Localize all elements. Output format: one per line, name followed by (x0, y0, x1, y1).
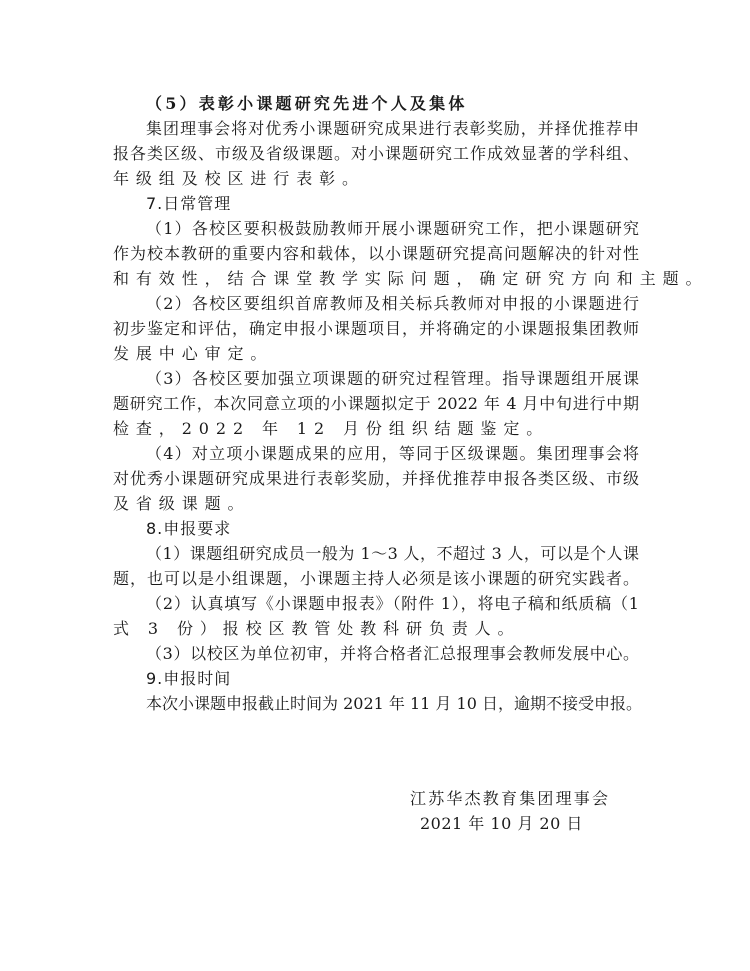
section-heading-daily-management: 7.日常管理 (113, 191, 639, 216)
section-heading-application-time: 9.申报时间 (113, 666, 639, 691)
signature-date: 2021 年 10 月 20 日 (410, 811, 610, 836)
paragraph-line: 题，也可以是小组课题，小课题主持人必须是该小课题的研究实践者。 (113, 566, 639, 591)
paragraph-line: 题研究工作，本次同意立项的小课题拟定于 2022 年 4 月中旬进行中期 (113, 391, 639, 416)
subheading-commendation: （5）表彰小课题研究先进个人及集体 (113, 91, 639, 116)
paragraph-line: 检查，2022 年 12 月份组织结题鉴定。 (113, 416, 639, 441)
paragraph-line: 和有效性，结合课堂教学实际问题，确定研究方向和主题。 (113, 266, 639, 291)
paragraph-line: 作为校本教研的重要内容和载体，以小课题研究提高问题解决的针对性 (113, 241, 639, 266)
paragraph-line: （3）以校区为单位初审，并将合格者汇总报理事会教师发展中心。 (113, 641, 639, 666)
paragraph-line: 报各类区级、市级及省级课题。对小课题研究工作成效显著的学科组、 (113, 141, 639, 166)
paragraph-line: （1）课题组研究成员一般为 1～3 人，不超过 3 人，可以是个人课 (113, 541, 639, 566)
paragraph-line: （2）各校区要组织首席教师及相关标兵教师对申报的小课题进行 (113, 291, 639, 316)
paragraph-line: （3）各校区要加强立项课题的研究过程管理。指导课题组开展课 (113, 366, 639, 391)
paragraph-line: 对优秀小课题研究成果进行表彰奖励，并择优推荐申报各类区级、市级 (113, 466, 639, 491)
signature-organization: 江苏华杰教育集团理事会 (410, 786, 610, 811)
signature-block: 江苏华杰教育集团理事会 2021 年 10 月 20 日 (410, 786, 610, 836)
section-heading-application-requirements: 8.申报要求 (113, 516, 639, 541)
paragraph-line: 初步鉴定和评估，确定申报小课题项目，并将确定的小课题报集团教师 (113, 316, 639, 341)
paragraph-line: 式 3 份）报校区教管处教科研负责人。 (113, 616, 639, 641)
paragraph-line: 及省级课题。 (113, 491, 639, 516)
paragraph-line: 本次小课题申报截止时间为 2021 年 11 月 10 日，逾期不接受申报。 (113, 691, 639, 716)
paragraph-line: 年级组及校区进行表彰。 (113, 166, 639, 191)
paragraph-line: （4）对立项小课题成果的应用，等同于区级课题。集团理事会将 (113, 441, 639, 466)
document-body: （5）表彰小课题研究先进个人及集体 集团理事会将对优秀小课题研究成果进行表彰奖励… (113, 91, 639, 716)
paragraph-line: （1）各校区要积极鼓励教师开展小课题研究工作，把小课题研究 (113, 216, 639, 241)
paragraph-line: 发展中心审定。 (113, 341, 639, 366)
paragraph-line: 集团理事会将对优秀小课题研究成果进行表彰奖励，并择优推荐申 (113, 116, 639, 141)
paragraph-line: （2）认真填写《小课题申报表》（附件 1），将电子稿和纸质稿（1 (113, 591, 639, 616)
